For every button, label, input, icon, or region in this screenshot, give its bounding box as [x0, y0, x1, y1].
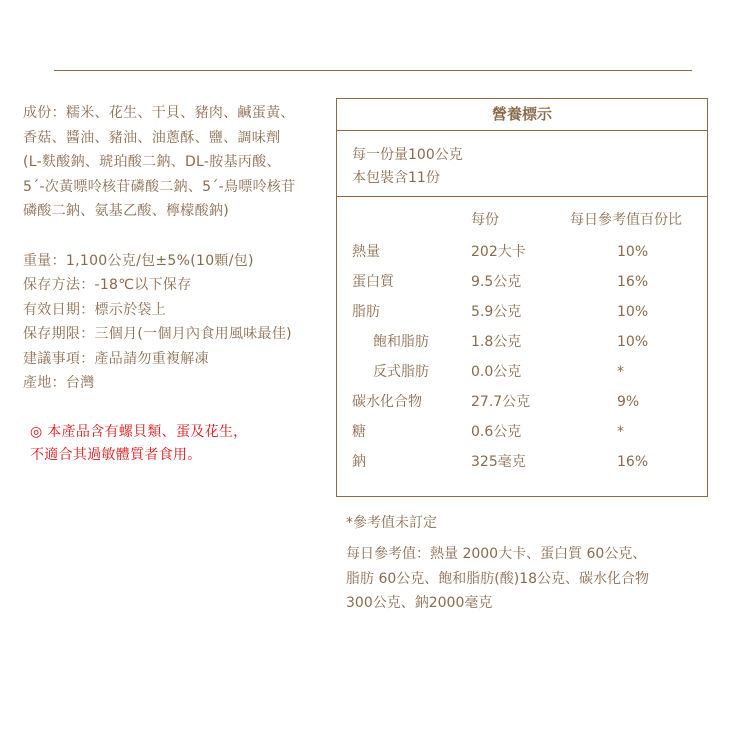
origin-text: 產地：台灣	[23, 371, 333, 396]
nutrient-amount: 0.6公克	[471, 417, 521, 447]
per-serving-header: 每份	[471, 205, 499, 235]
table-row: 脂肪 5.9公克 10%	[337, 297, 707, 327]
reference-line: 脂肪 60公克、飽和脂肪(酸)18公克、碳水化合物	[346, 567, 716, 592]
star-note: *參考值未訂定	[346, 512, 716, 534]
allergen-warning: ◎ 本產品含有螺貝類、蛋及花生， 不適合其過敏體質者食用。	[23, 421, 333, 467]
nutrient-dv: 10%	[617, 237, 648, 267]
table-row: 鈉 325毫克 16%	[337, 447, 707, 477]
storage-method-text: 保存方法：-18℃以下保存	[23, 273, 333, 298]
expiry-text: 有效日期：標示於袋上	[23, 298, 333, 323]
table-row: 飽和脂肪 1.8公克 10%	[337, 327, 707, 357]
nutrient-dv: 10%	[617, 297, 648, 327]
daily-reference-values: 每日參考值：熱量 2000大卡、蛋白質 60公克、 脂肪 60公克、飽和脂肪(酸…	[346, 542, 716, 616]
nutrient-dv: 16%	[617, 447, 648, 477]
nutrient-dv: 10%	[617, 327, 648, 357]
storage-info-block: 重量：1,100公克/包±5%(10顆/包) 保存方法：-18℃以下保存 有效日…	[23, 249, 333, 396]
reference-line: 每日參考值：熱量 2000大卡、蛋白質 60公克、	[346, 542, 716, 567]
top-divider	[54, 70, 692, 71]
nutrient-name: 熱量	[352, 237, 380, 267]
table-row: 蛋白質 9.5公克 16%	[337, 267, 707, 297]
nutrient-amount: 202大卡	[471, 237, 526, 267]
shelf-life-text: 保存期限：三個月(一個月內食用風味最佳)	[23, 322, 333, 347]
product-info: 成份：糯米、花生、干貝、豬肉、鹹蛋黃、 香菇、醬油、豬油、油蔥酥、鹽、調味劑 (…	[23, 101, 333, 467]
nutrient-name: 蛋白質	[352, 267, 394, 297]
nutrient-amount: 325毫克	[471, 447, 526, 477]
nutrient-dv: 16%	[617, 267, 648, 297]
nutrient-name: 脂肪	[352, 297, 380, 327]
serving-info: 每一份量100公克 本包裝含11份	[337, 131, 707, 197]
servings-per-pack: 本包裝含11份	[352, 167, 707, 190]
daily-value-header: 每日參考值百份比	[570, 205, 682, 235]
ingredients-line: 香菇、醬油、豬油、油蔥酥、鹽、調味劑	[23, 126, 333, 151]
table-row: 糖 0.6公克 *	[337, 417, 707, 447]
nutrient-rows: 每份 每日參考值百份比 熱量 202大卡 10% 蛋白質 9.5公克 16% 脂…	[337, 205, 707, 477]
table-row: 反式脂肪 0.0公克 *	[337, 357, 707, 387]
nutrient-name: 碳水化合物	[352, 387, 422, 417]
nutrient-amount: 9.5公克	[471, 267, 521, 297]
ingredients-line: 成份：糯米、花生、干貝、豬肉、鹹蛋黃、	[23, 101, 333, 126]
nutrient-name: 鈉	[352, 447, 366, 477]
nutrient-amount: 0.0公克	[471, 357, 521, 387]
nutrition-title: 營養標示	[337, 99, 707, 131]
nutrient-name: 反式脂肪	[373, 357, 429, 387]
nutrient-amount: 5.9公克	[471, 297, 521, 327]
table-row: 碳水化合物 27.7公克 9%	[337, 387, 707, 417]
nutrient-name: 飽和脂肪	[373, 327, 429, 357]
allergen-warning-line: 不適合其過敏體質者食用。	[30, 444, 333, 467]
advice-text: 建議事項：產品請勿重複解凍	[23, 347, 333, 372]
reference-line: 300公克、鈉2000毫克	[346, 591, 716, 616]
nutrient-dv: *	[617, 357, 624, 387]
table-row: 熱量 202大卡 10%	[337, 237, 707, 267]
nutrition-notes: *參考值未訂定 每日參考值：熱量 2000大卡、蛋白質 60公克、 脂肪 60公…	[346, 512, 716, 616]
nutrition-facts-table: 營養標示 每一份量100公克 本包裝含11份 每份 每日參考值百份比 熱量 20…	[336, 98, 708, 497]
nutrient-dv: *	[617, 417, 624, 447]
table-header: 每份 每日參考值百份比	[337, 205, 707, 235]
nutrient-amount: 27.7公克	[471, 387, 530, 417]
allergen-warning-line: ◎ 本產品含有螺貝類、蛋及花生，	[30, 421, 333, 444]
ingredients-block: 成份：糯米、花生、干貝、豬肉、鹹蛋黃、 香菇、醬油、豬油、油蔥酥、鹽、調味劑 (…	[23, 101, 333, 224]
ingredients-line: (L-麩酸鈉、琥珀酸二鈉、DL-胺基丙酸、	[23, 150, 333, 175]
nutrient-name: 糖	[352, 417, 366, 447]
ingredients-line: 磷酸二鈉、氨基乙酸、檸檬酸鈉)	[23, 199, 333, 224]
nutrient-dv: 9%	[617, 387, 639, 417]
ingredients-line: 5´-次黃嘌呤核苷磷酸二鈉、5´-鳥嘌呤核苷	[23, 175, 333, 200]
weight-text: 重量：1,100公克/包±5%(10顆/包)	[23, 249, 333, 274]
serving-size: 每一份量100公克	[352, 144, 707, 167]
nutrient-amount: 1.8公克	[471, 327, 521, 357]
